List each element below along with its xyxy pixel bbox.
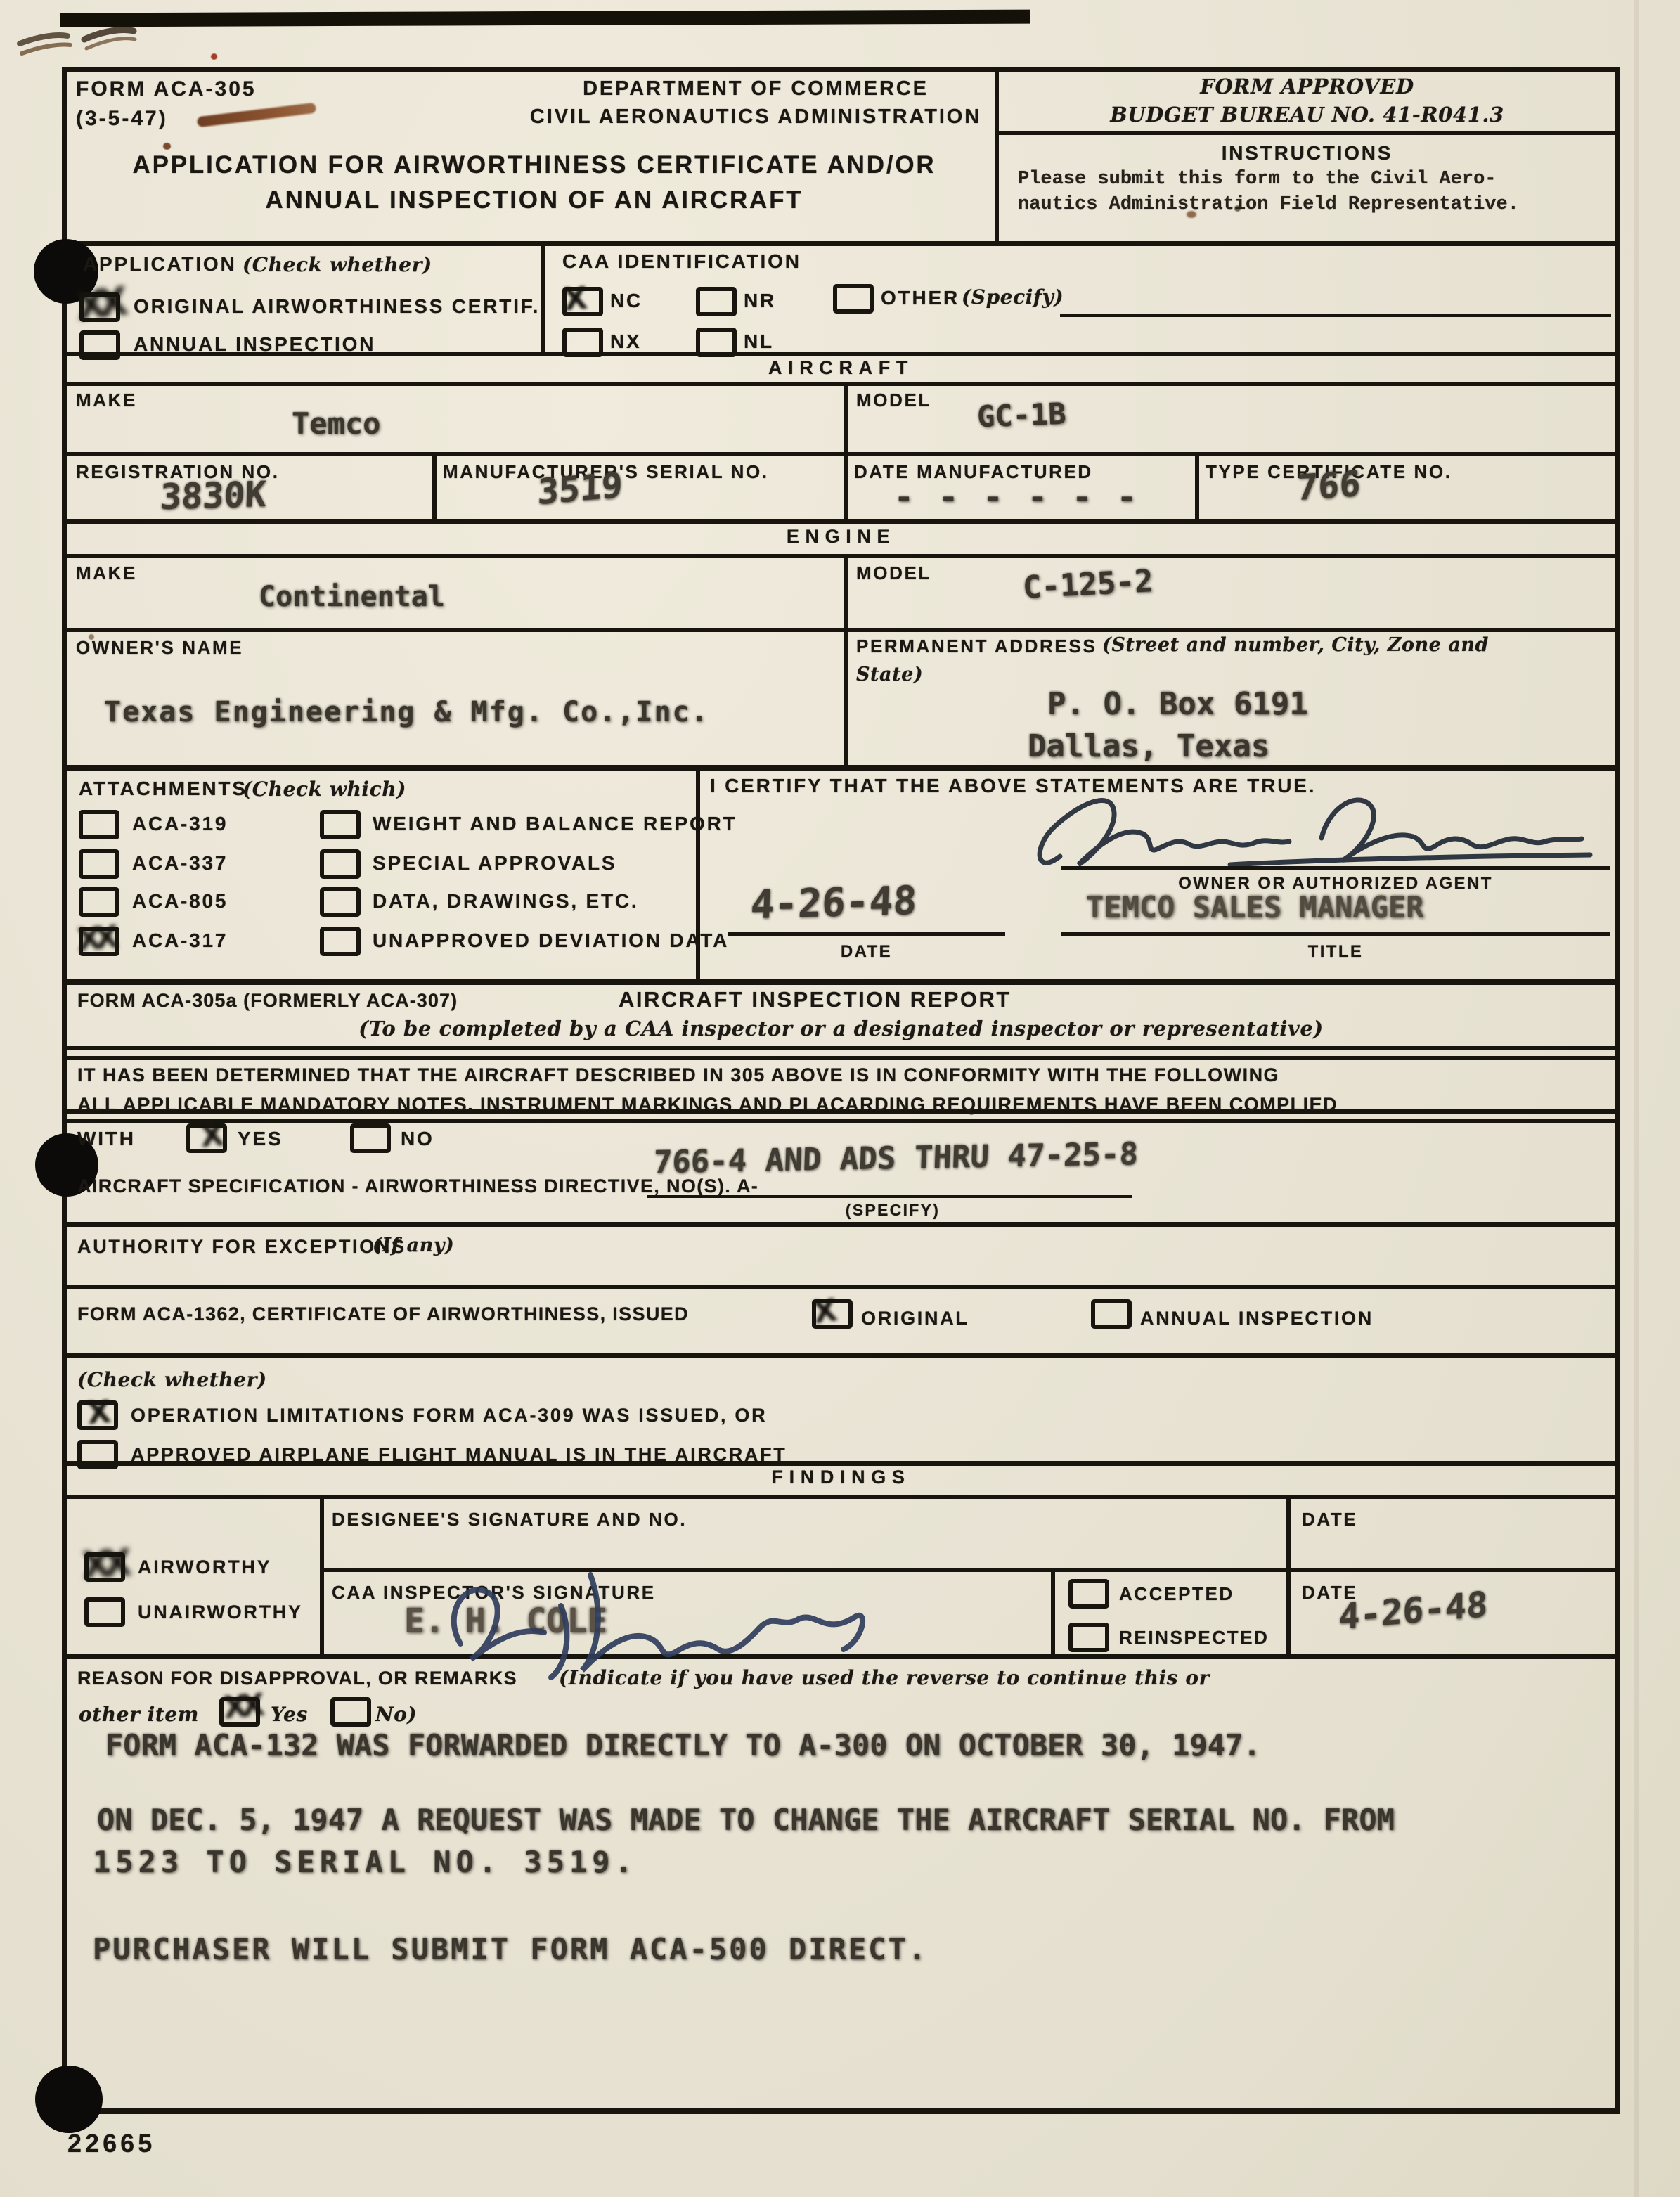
nl-label: NL: [744, 330, 774, 353]
row-line-4: [67, 452, 1615, 456]
aircraft-section-header: AIRCRAFT: [67, 357, 1615, 379]
airworthy-label: AIRWORTHY: [138, 1557, 271, 1578]
owner-address-line1: P. O. Box 6191: [1047, 686, 1308, 722]
row-line-5: [67, 519, 1615, 524]
issued-annual-label: ANNUAL INSPECTION: [1140, 1308, 1374, 1329]
certification-date-value: 4-26-48: [749, 878, 917, 928]
engine-model-label: MODEL: [856, 562, 931, 584]
checkbox-remarks-no[interactable]: [330, 1697, 371, 1727]
instructions-line1: Please submit this form to the Civil Aer…: [1018, 169, 1497, 190]
row-line-6: [67, 554, 1615, 558]
pen-scribble: [15, 25, 142, 67]
certification-title-label: TITLE: [1061, 942, 1610, 962]
engine-section-header: ENGINE: [67, 526, 1615, 548]
instructions-title: INSTRUCTIONS: [999, 142, 1615, 165]
checkbox-aca-805[interactable]: [79, 887, 119, 917]
divider-reg-1: [432, 456, 437, 519]
form-revision: (3-5-47): [76, 107, 168, 131]
checkbox-complied-no[interactable]: [350, 1123, 391, 1153]
check-mark: X: [811, 1292, 840, 1331]
aca-337-label: ACA-337: [132, 852, 228, 875]
small-stain-2: [211, 53, 217, 60]
serial-value: 3519: [537, 465, 623, 513]
double-line-2b: [67, 1119, 1615, 1123]
certification-date-line[interactable]: [728, 932, 1005, 936]
small-stain-1: [163, 143, 171, 150]
checkbox-operation-limitations[interactable]: X: [77, 1400, 118, 1430]
department-line: DEPARTMENT OF COMMERCE: [453, 77, 1058, 101]
form-title-line1: APPLICATION FOR AIRWORTHINESS CERTIFICAT…: [67, 151, 1002, 179]
remarks-yes-label: Yes: [271, 1703, 315, 1726]
aca-317-label: ACA-317: [132, 929, 228, 952]
aca-1362-label: FORM ACA-1362, CERTIFICATE OF AIRWORTHIN…: [77, 1303, 689, 1325]
engine-make-label: MAKE: [76, 562, 137, 584]
aircraft-make-label: MAKE: [76, 389, 137, 411]
check-mark: X: [199, 1117, 226, 1155]
remarks-hint2: other item: [79, 1703, 206, 1726]
special-approvals-label: SPECIAL APPROVALS: [373, 852, 616, 875]
remarks-line-1: FORM ACA-132 WAS FORWARDED DIRECTLY TO A…: [105, 1728, 1261, 1763]
ink-smudge: [197, 103, 317, 128]
nx-label: NX: [610, 330, 642, 353]
permanent-address-label: PERMANENT ADDRESS: [856, 636, 1104, 657]
determination-statement: IT HAS BEEN DETERMINED THAT THE AIRCRAFT…: [77, 1064, 1279, 1086]
other-specify-line[interactable]: [1060, 314, 1611, 317]
row-line-11: [67, 1285, 1615, 1289]
spec-directive-line[interactable]: [647, 1195, 1132, 1198]
checkbox-weight-balance[interactable]: [320, 810, 361, 839]
nr-label: NR: [744, 290, 776, 312]
flight-manual-label: APPROVED AIRPLANE FLIGHT MANUAL IS IN TH…: [131, 1444, 787, 1466]
check-whether-hint: (Check whether): [77, 1368, 267, 1391]
owner-name-value: Texas Engineering & Mfg. Co.,Inc.: [104, 696, 709, 728]
form-border-top: [62, 67, 1620, 72]
checkbox-original-airworthiness[interactable]: XX: [79, 292, 120, 322]
checkbox-special-approvals[interactable]: [320, 849, 361, 879]
findings-date-label-top: DATE: [1302, 1509, 1357, 1531]
unapproved-deviation-label: UNAPPROVED DEVIATION DATA: [373, 929, 729, 952]
punch-hole-bottom: [35, 2066, 103, 2133]
findings-section-header: FINDINGS: [67, 1467, 1615, 1488]
divider-findings-accepted: [1051, 1572, 1055, 1654]
with-label: WITH: [77, 1128, 136, 1150]
checkbox-nl[interactable]: [696, 328, 737, 357]
date-manufactured-value: - - - - - -: [894, 478, 1139, 516]
checkbox-aca-319[interactable]: [79, 810, 119, 839]
aircraft-model-label: MODEL: [856, 389, 931, 411]
nc-label: NC: [610, 290, 642, 312]
permanent-address-hint1: (Street and number, City, Zone and: [1102, 634, 1489, 656]
form-number: FORM ACA-305: [76, 77, 257, 101]
reinspected-label: REINSPECTED: [1119, 1627, 1269, 1649]
aca-319-label: ACA-319: [132, 813, 228, 835]
checkbox-complied-yes[interactable]: X: [186, 1123, 227, 1153]
checkbox-nr[interactable]: [696, 287, 737, 316]
weight-balance-label: WEIGHT AND BALANCE REPORT: [373, 813, 737, 835]
row-line-10: [67, 1222, 1615, 1227]
row-line-8: [67, 765, 1615, 771]
issued-original-label: ORIGINAL: [861, 1308, 969, 1329]
inspection-report-subtitle: (To be completed by a CAA inspector or a…: [67, 1017, 1615, 1040]
registration-value: 3830K: [160, 474, 267, 517]
checkbox-flight-manual[interactable]: [77, 1440, 118, 1469]
divider-owner-address: [844, 632, 848, 765]
budget-bureau-number: BUDGET BUREAU NO. 41-R041.3: [999, 103, 1615, 127]
complied-yes-label: YES: [238, 1128, 283, 1150]
engine-make-value: Continental: [259, 581, 445, 613]
spec-directive-value: 766-4 AND ADS THRU 47-25-8: [653, 1136, 1139, 1180]
unairworthy-label: UNAIRWORTHY: [138, 1602, 303, 1623]
divider-acft-make-model: [844, 386, 848, 452]
check-mark: XX: [222, 1687, 260, 1726]
permanent-address-hint2: State): [856, 664, 923, 685]
owner-signature: [1019, 772, 1617, 888]
checkbox-unapproved-deviation[interactable]: [320, 927, 361, 956]
designee-signature-label: DESIGNEE'S SIGNATURE AND NO.: [332, 1509, 687, 1531]
authority-exceptions-label: AUTHORITY FOR EXCEPTIONS: [77, 1236, 413, 1258]
remarks-line-2: ON DEC. 5, 1947 A REQUEST WAS MADE TO CH…: [97, 1803, 1395, 1837]
checkbox-aca-317[interactable]: XX: [79, 927, 119, 956]
scan-fold-line: [1634, 0, 1639, 2197]
row-line-14: [67, 1495, 1615, 1499]
form-border-left: [62, 67, 67, 2114]
certification-title-line[interactable]: [1061, 932, 1610, 936]
divider-approved-bottom: [999, 131, 1615, 135]
accepted-label: ACCEPTED: [1119, 1583, 1234, 1605]
spec-directive-label: AIRCRAFT SPECIFICATION - AIRWORTHINESS D…: [77, 1175, 758, 1197]
row-line-7: [67, 628, 1615, 632]
checkbox-accepted[interactable]: [1068, 1579, 1109, 1609]
check-mark: X: [562, 281, 589, 318]
data-drawings-label: DATA, DRAWINGS, ETC.: [373, 890, 639, 913]
remarks-hint1: (Indicate if you have used the reverse t…: [559, 1666, 1210, 1689]
owner-signature-line[interactable]: [1061, 866, 1610, 870]
attachments-hint: (Check which): [243, 778, 406, 801]
aca-305a-form-line: FORM ACA-305a (FORMERLY ACA-307): [77, 990, 458, 1012]
checkbox-data-drawings[interactable]: [320, 887, 361, 917]
attachments-label: ATTACHMENTS: [79, 778, 254, 800]
owner-name-label: OWNER'S NAME: [76, 637, 243, 659]
aca-805-label: ACA-805: [132, 890, 228, 913]
checkbox-aca-337[interactable]: [79, 849, 119, 879]
check-mark: XX: [81, 1542, 126, 1587]
original-airworthiness-label: ORIGINAL AIRWORTHINESS CERTIF.: [134, 295, 540, 318]
check-mark: XX: [74, 280, 123, 330]
owner-address-line2: Dallas, Texas: [1028, 728, 1269, 764]
scan-edge-strip: [60, 10, 1030, 27]
divider-findings-left: [320, 1499, 324, 1654]
checkbox-other[interactable]: [833, 284, 874, 314]
other-label: OTHER: [881, 287, 967, 309]
instructions-line2: nautics Administration Field Representat…: [1018, 194, 1519, 215]
checkbox-unairworthy[interactable]: [84, 1597, 125, 1627]
double-line-1b: [67, 1056, 1615, 1060]
mandatory-notes-statement: ALL APPLICABLE MANDATORY NOTES, INSTRUME…: [77, 1094, 1338, 1116]
row-line-1: [67, 241, 1615, 246]
double-line-1a: [67, 1046, 1615, 1050]
authority-exceptions-hint: (If any): [373, 1235, 454, 1256]
other-hint: (Specify): [962, 285, 1064, 309]
checkbox-annual-inspection[interactable]: [79, 330, 120, 360]
divider-reg-3: [1195, 456, 1199, 519]
divider-application-vertical: [541, 241, 545, 354]
remarks-line-4: PURCHASER WILL SUBMIT FORM ACA-500 DIREC…: [93, 1932, 928, 1966]
form-approved-label: FORM APPROVED: [999, 75, 1615, 98]
checkbox-reinspected[interactable]: [1068, 1623, 1109, 1652]
inspection-report-title: AIRCRAFT INSPECTION REPORT: [619, 987, 1012, 1012]
form-border-bottom: [62, 2108, 1620, 2114]
row-line-12: [67, 1353, 1615, 1358]
aircraft-model-value: GC-1B: [976, 397, 1066, 434]
checkbox-airworthy[interactable]: XX: [84, 1552, 125, 1582]
document-number: 22665: [67, 2129, 155, 2158]
divider-reg-2: [844, 456, 848, 519]
check-mark: X: [86, 1394, 112, 1432]
row-line-9: [67, 979, 1615, 985]
administration-line: CIVIL AERONAUTICS ADMINISTRATION: [453, 105, 1058, 129]
operation-limitations-label: OPERATION LIMITATIONS FORM ACA-309 WAS I…: [131, 1405, 767, 1426]
caa-identification-label: CAA IDENTIFICATION: [562, 250, 801, 273]
form-title-line2: ANNUAL INSPECTION OF AN AIRCRAFT: [67, 186, 1002, 214]
checkbox-nc[interactable]: X: [562, 287, 603, 316]
checkbox-issued-annual[interactable]: [1091, 1299, 1132, 1329]
complied-no-label: NO: [401, 1128, 434, 1150]
remarks-line-3: 1523 TO SERIAL NO. 3519.: [93, 1845, 638, 1879]
remarks-no-label: No): [375, 1703, 417, 1726]
certification-date-label: DATE: [728, 942, 1005, 962]
scanned-form-page: FORM ACA-305 (3-5-47) DEPARTMENT OF COMM…: [0, 0, 1680, 2197]
checkbox-remarks-yes[interactable]: XX: [219, 1697, 260, 1727]
divider-findings-date: [1286, 1499, 1291, 1654]
check-mark: XX: [76, 920, 114, 958]
aircraft-make-value: Temco: [292, 406, 380, 441]
annual-inspection-label: ANNUAL INSPECTION: [134, 333, 375, 356]
checkbox-issued-original[interactable]: X: [812, 1299, 853, 1329]
remarks-label: REASON FOR DISAPPROVAL, OR REMARKS: [77, 1668, 524, 1689]
specify-label: (SPECIFY): [784, 1201, 1002, 1220]
form-border-right: [1615, 67, 1620, 2114]
divider-eng-make-model: [844, 558, 848, 628]
type-certificate-value: 766: [1296, 463, 1361, 508]
certification-title-value: TEMCO SALES MANAGER: [1086, 890, 1423, 924]
row-line-3: [67, 382, 1615, 386]
engine-model-value: C-125-2: [1022, 563, 1154, 606]
application-label: APPLICATION: [83, 253, 244, 276]
application-hint: (Check whether): [243, 253, 432, 276]
findings-date-value: 4-26-48: [1338, 1584, 1488, 1637]
checkbox-nx[interactable]: [562, 328, 603, 357]
